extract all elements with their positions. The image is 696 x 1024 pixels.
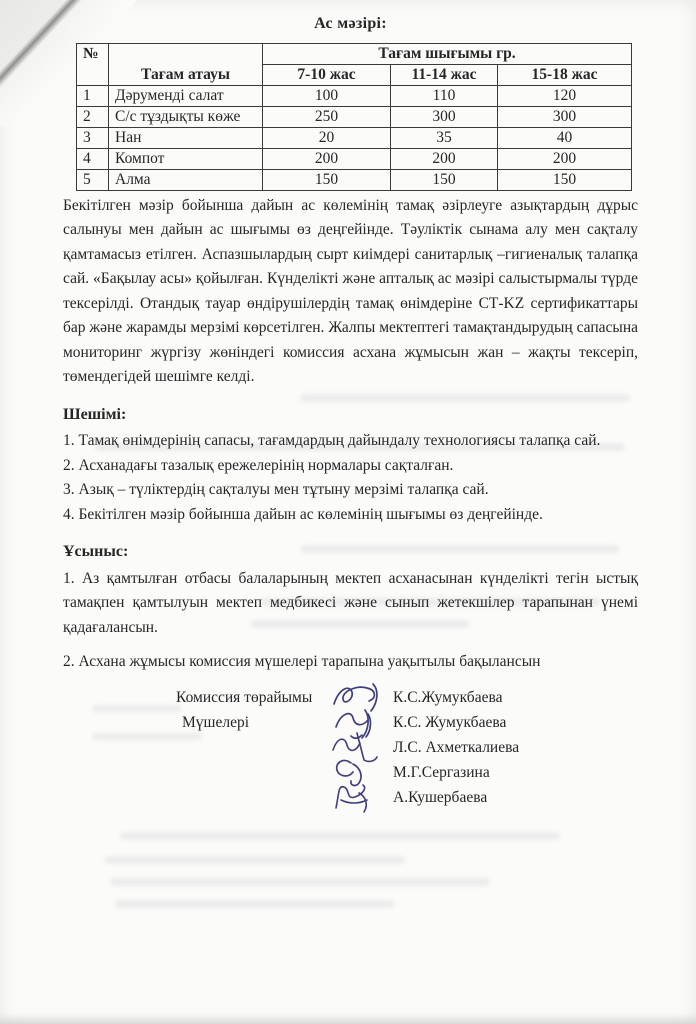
decision-item: 4. Бекітілген мәзір бойынша дайын ас көл… [63,503,638,528]
signature-row: А.Кушербаева [63,786,638,811]
signature-block: Комиссия төрайымы К.С.Жумукбаева Мүшелер… [63,686,638,811]
cell-value: 200 [498,148,632,169]
signatory-name: К.С. Жумукбаева [389,711,506,736]
recommendation-list: 1. Аз қамтылған отбасы балаларының мекте… [63,567,638,675]
cell-row-number: 5 [77,169,109,190]
cell-value: 35 [391,127,498,148]
cell-dish-name: Алма [109,169,263,190]
cell-row-number: 4 [77,148,109,169]
cell-value: 300 [498,106,632,127]
decision-heading: Шешімі: [63,403,638,428]
cell-value: 150 [391,169,498,190]
bleed-through-artifact [115,900,395,908]
column-header-age-11-14: 11-14 жас [391,64,498,85]
table-row: 4 Компот 200 200 200 [77,148,632,169]
cell-value: 110 [391,85,498,106]
table-row: 1 Дәруменді салат 100 110 120 [77,85,632,106]
cell-row-number: 3 [77,127,109,148]
cell-value: 100 [263,85,391,106]
column-header-dish: Тағам атауы [109,43,263,85]
signatory-name: М.Г.Сергазина [389,761,490,786]
cell-dish-name: Нан [109,127,263,148]
cell-dish-name: Компот [109,148,263,169]
table-header-row-1: № Тағам атауы Тағам шығымы гр. [77,43,632,64]
table-row: 3 Нан 20 35 40 [77,127,632,148]
cell-value: 120 [498,85,632,106]
cell-value: 20 [263,127,391,148]
cell-value: 300 [391,106,498,127]
signatory-name: А.Кушербаева [389,786,487,811]
decision-item: 3. Азық – түліктердің сақталуы мен тұтын… [63,478,638,503]
decision-item: 1. Тамақ өнімдерінің сапасы, тағамдардың… [63,429,638,454]
table-row: 5 Алма 150 150 150 [77,169,632,190]
scan-edge-artifact [0,1014,696,1024]
signatory-role-label: Комиссия төрайымы [63,686,331,711]
cell-value: 150 [498,169,632,190]
cell-value: 200 [263,148,391,169]
column-header-no: № [77,43,109,85]
recommendation-item: 2. Асхана жұмысы комиссия мүшелері тарап… [63,650,638,675]
bleed-through-artifact [105,856,405,864]
table-row: 2 С/с тұздықты көже 250 300 300 [77,106,632,127]
cell-value: 250 [263,106,391,127]
document-page: Ас мәзірі: № Тағам атауы Тағам шығымы гр… [0,0,696,1024]
document-title: Ас мәзірі: [63,12,638,37]
cell-value: 150 [263,169,391,190]
recommendation-heading: Ұсыныс: [63,540,638,565]
recommendation-item: 1. Аз қамтылған отбасы балаларының мекте… [63,567,638,641]
column-header-yield: Тағам шығымы гр. [263,43,632,64]
column-header-age-7-10: 7-10 жас [263,64,391,85]
bleed-through-artifact [110,878,490,886]
cell-value: 40 [498,127,632,148]
cell-value: 200 [391,148,498,169]
summary-paragraph: Бекітілген мәзір бойынша дайын ас көлемі… [63,194,638,390]
decision-list: 1. Тамақ өнімдерінің сапасы, тағамдардың… [63,429,638,527]
decision-item: 2. Асханадағы тазалық ережелерінің норма… [63,454,638,479]
signatory-name: К.С.Жумукбаева [389,686,502,711]
cell-row-number: 1 [77,85,109,106]
signature-scribble-icon [331,780,389,816]
cell-row-number: 2 [77,106,109,127]
menu-table: № Тағам атауы Тағам шығымы гр. 7-10 жас … [76,43,632,191]
signatory-role-label: Мүшелері [63,711,331,736]
cell-dish-name: С/с тұздықты көже [109,106,263,127]
bleed-through-artifact [120,832,560,840]
document-content: Ас мәзірі: № Тағам атауы Тағам шығымы гр… [0,0,696,811]
cell-dish-name: Дәруменді салат [109,85,263,106]
signatory-name: Л.С. Ахметкалиева [389,736,519,761]
column-header-age-15-18: 15-18 жас [498,64,632,85]
